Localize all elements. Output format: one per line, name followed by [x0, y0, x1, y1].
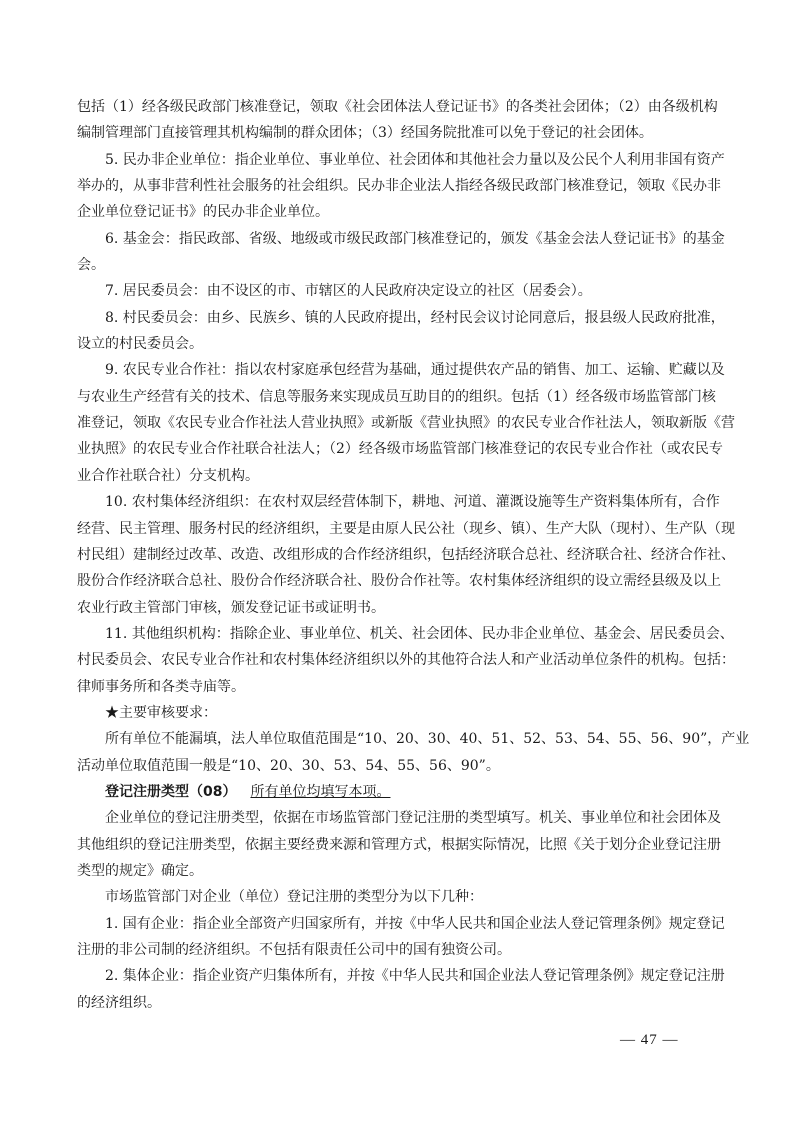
text-line: 业执照》的农民专业合作社联合社法人；（2）经各级市场监管部门核准登记的农民专业合… [77, 436, 715, 462]
text-line: 股份合作经济联合总社、股份合作经济联合社、股份合作社等。农村集体经济组织的设立需… [77, 568, 715, 594]
text-line: 设立的村民委员会。 [77, 331, 715, 357]
page-number: — 47 — [620, 1032, 679, 1049]
text-line: 会。 [77, 252, 715, 278]
text-line: 10. 农村集体经济组织：在农村双层经营体制下，耕地、河道、灌溉设施等生产资料集… [77, 489, 715, 515]
text-line: 的经济组织。 [77, 990, 715, 1016]
text-line: 注册的非公司制的经济组织。不包括有限责任公司中的国有独资公司。 [77, 937, 715, 963]
text-line: 编制管理部门直接管理其机构编制的群众团体；（3）经国务院批准可以免于登记的社会团… [77, 120, 715, 146]
section-heading-note: 所有单位均填写本项。 [250, 784, 390, 800]
text-line: 9. 农民专业合作社：指以农村家庭承包经营为基础，通过提供农产品的销售、加工、运… [77, 357, 715, 383]
text-line: 经营、民主管理、服务村民的经济组织，主要是由原人民公社（现乡、镇）、生产大队（现… [77, 516, 715, 542]
text-line: 所有单位不能漏填，法人单位取值范围是“10、20、30、40、51、52、53、… [77, 726, 715, 752]
text-line: 律师事务所和各类寺庙等。 [77, 674, 715, 700]
text-line: 1. 国有企业：指企业全部资产归国家所有，并按《中华人民共和国企业法人登记管理条… [77, 911, 715, 937]
text-line: 准登记，领取《农民专业合作社法人营业执照》或新版《营业执照》的农民专业合作社法人… [77, 410, 715, 436]
section-heading-title: 登记注册类型（08） [105, 784, 236, 800]
text-line: 类型的规定》确定。 [77, 858, 715, 884]
text-line: 村民组）建制经过改革、改造、改组形成的合作经济组织，包括经济联合总社、经济联合社… [77, 542, 715, 568]
text-line: 举办的，从事非营利性社会服务的社会组织。民办非企业法人指经各级民政部门核准登记，… [77, 173, 715, 199]
text-line: 与农业生产经营有关的技术、信息等服务来实现成员互助目的的组织。包括（1）经各级市… [77, 384, 715, 410]
text-line: 2. 集体企业：指企业资产归集体所有，并按《中华人民共和国企业法人登记管理条例》… [77, 963, 715, 989]
text-line: ★主要审核要求： [77, 700, 715, 726]
text-line: 11. 其他组织机构：指除企业、事业单位、机关、社会团体、民办非企业单位、基金会… [77, 621, 715, 647]
text-line: 村民委员会、农民专业合作社和农村集体经济组织以外的其他符合法人和产业活动单位条件… [77, 647, 715, 673]
text-line: 6. 基金会：指民政部、省级、地级或市级民政部门核准登记的，颁发《基金会法人登记… [77, 226, 715, 252]
text-line: 8. 村民委员会：由乡、民族乡、镇的人民政府提出，经村民会议讨论同意后，报县级人… [77, 305, 715, 331]
text-line: 活动单位取值范围一般是“10、20、30、53、54、55、56、90”。 [77, 753, 715, 779]
text-line: 农业行政主管部门审核，颁发登记证书或证明书。 [77, 595, 715, 621]
text-line: 7. 居民委员会：由不设区的市、市辖区的人民政府决定设立的社区（居委会）。 [77, 278, 715, 304]
text-line: 业合作社联合社）分支机构。 [77, 463, 715, 489]
text-line: 5. 民办非企业单位：指企业单位、事业单位、社会团体和其他社会力量以及公民个人利… [77, 147, 715, 173]
text-line: 其他组织的登记注册类型，依据主要经费来源和管理方式，根据实际情况，比照《关于划分… [77, 832, 715, 858]
section-heading-line: 登记注册类型（08）所有单位均填写本项。 [77, 779, 715, 805]
text-line: 企业单位的登记注册类型，依据在市场监管部门登记注册的类型填写。机关、事业单位和社… [77, 805, 715, 831]
text-line: 企业单位登记证书》的民办非企业单位。 [77, 199, 715, 225]
document-page: 包括（1）经各级民政部门核准登记，领取《社会团体法人登记证书》的各类社会团体；（… [77, 94, 715, 1016]
text-line: 包括（1）经各级民政部门核准登记，领取《社会团体法人登记证书》的各类社会团体；（… [77, 94, 715, 120]
text-line: 市场监管部门对企业（单位）登记注册的类型分为以下几种： [77, 884, 715, 910]
body-text-before-heading: 包括（1）经各级民政部门核准登记，领取《社会团体法人登记证书》的各类社会团体；（… [77, 94, 715, 779]
body-text-after-heading: 企业单位的登记注册类型，依据在市场监管部门登记注册的类型填写。机关、事业单位和社… [77, 805, 715, 1016]
